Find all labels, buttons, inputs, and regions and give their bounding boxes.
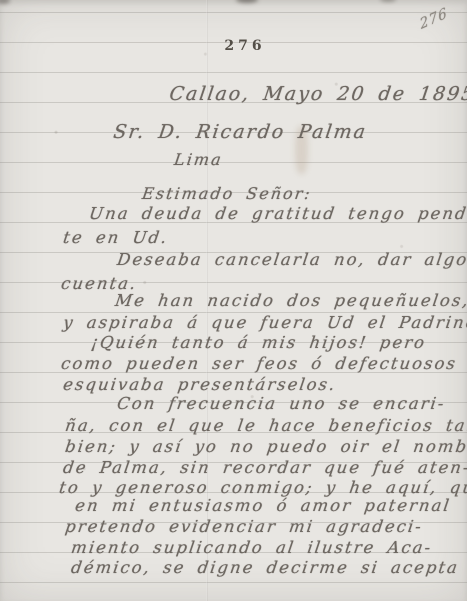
body-line: Con frecuencia uno se encari-	[116, 394, 447, 413]
body-line: to y generoso conmigo; y he aquí, que	[58, 478, 467, 497]
salutation-line: Estimado Señor:	[141, 184, 313, 203]
body-line: en mi entusiasmo ó amor paternal	[74, 496, 452, 515]
date-line: Callao, Mayo 20 de 1895.	[168, 83, 467, 105]
body-line: y aspiraba á que fuera Ud el Padrino	[62, 313, 467, 332]
body-line: Me han nacido dos pequeñuelos,	[114, 291, 467, 310]
body-line: Deseaba cancelarla no, dar algo á	[116, 250, 467, 269]
scan-smudge	[236, 0, 258, 3]
letter-page: 276 276 Callao, Mayo 20 de 1895. Sr. D. …	[0, 0, 467, 601]
body-line: bien; y así yo no puedo oir el nombre	[64, 437, 467, 456]
body-line: te en Ud.	[62, 228, 170, 247]
body-line: ña, con el que le hace beneficios tam-	[64, 416, 467, 435]
body-line: ¡Quién tanto á mis hijos! pero	[90, 333, 427, 352]
body-line: démico, se digne decirme si acepta	[70, 558, 460, 577]
scan-smudge	[380, 0, 396, 2]
scan-smudge	[0, 0, 10, 4]
recipient-line: Sr. D. Ricardo Palma	[112, 121, 369, 143]
body-line: de Palma, sin recordar que fué aten-	[62, 458, 467, 477]
body-line: Una deuda de gratitud tengo pendien-	[88, 204, 467, 223]
body-line: pretendo evidenciar mi agradeci-	[64, 517, 424, 536]
recipient-city: Lima	[173, 150, 224, 169]
body-line: miento suplicando al ilustre Aca-	[70, 538, 434, 557]
body-line: como pueden ser feos ó defectuosos	[60, 354, 458, 373]
pencil-page-number: 276	[419, 5, 450, 33]
body-line: esquivaba presentárselos.	[62, 375, 338, 394]
printed-page-number: 276	[200, 38, 290, 54]
